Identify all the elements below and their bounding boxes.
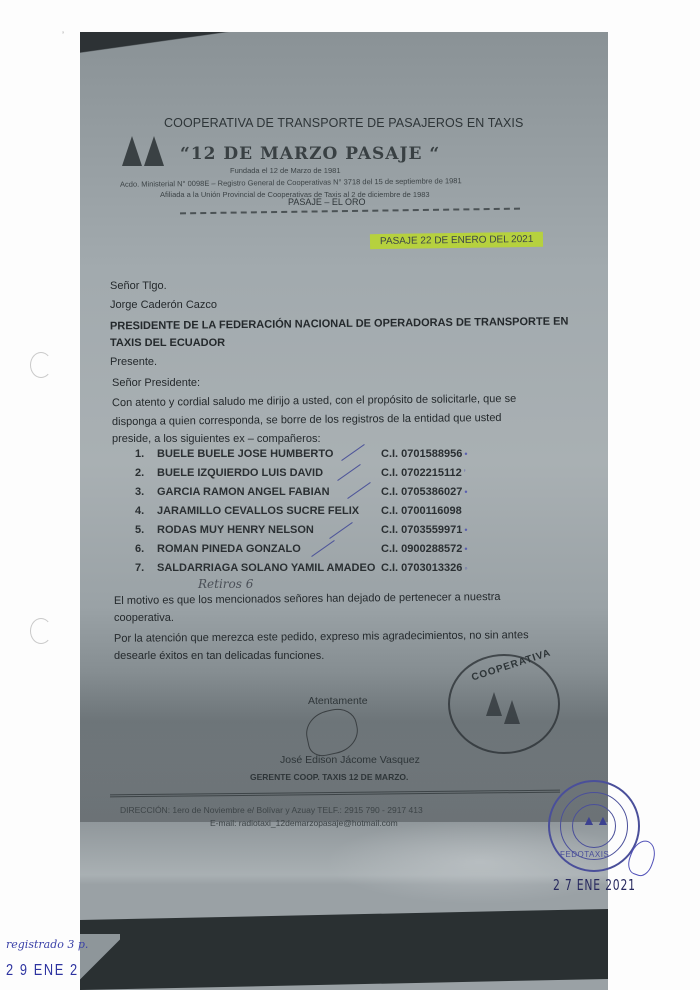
body-intro-line2: disponga a quien corresponda, se borre d… (112, 409, 502, 432)
member-row: 6. ROMAN PINEDA GONZALO C.I. 0900288572 … (135, 543, 565, 562)
letter: COOPERATIVA DE TRANSPORTE DE PASAJEROS E… (80, 32, 608, 990)
member-number: 3. (135, 486, 157, 498)
seal-logo-icon (504, 700, 520, 724)
member-row: 1. BUELE BUELE JOSE HUMBERTO C.I. 070158… (135, 448, 565, 467)
recipient-name: Jorge Caderón Cazco (110, 296, 217, 315)
recipient-presente: Presente. (110, 353, 157, 372)
body-thanks-line1: Por la atención que merezca este pedido,… (114, 626, 529, 649)
body-intro-line3: preside, a los siguientes ex – compañero… (112, 430, 321, 449)
letterhead-organization: COOPERATIVA DE TRANSPORTE DE PASAJEROS E… (164, 116, 574, 130)
footer-address: DIRECCIÓN: 1ero de Noviembre e/ Bolívar … (120, 805, 423, 815)
ink-tick-icon: • (464, 449, 467, 459)
greeting: Señor Presidente: (112, 374, 200, 393)
member-row: 5. RODAS MUY HENRY NELSON C.I. 070355997… (135, 524, 565, 543)
letterhead-founded: Fundada el 12 de Marzo de 1981 (230, 166, 341, 175)
letterhead-divider (180, 208, 520, 215)
member-ci: C.I. 0900288572 (381, 543, 462, 555)
member-ci: C.I. 0703559971 (381, 524, 462, 536)
member-name: ROMAN PINEDA GONZALO (157, 543, 381, 555)
ink-tick-icon: • (464, 525, 467, 535)
arrow-up-icon: ▲ (596, 812, 610, 828)
member-name: BUELE BUELE JOSE HUMBERTO (157, 448, 381, 460)
punch-hole-bottom (30, 618, 52, 644)
stamp-label: FEDOTAXIS (560, 850, 609, 859)
member-name: SALDARRIAGA SOLANO YAMIL AMADEO (157, 562, 381, 574)
letterhead-registry: Acdo. Ministerial N° 0098E – Registro Ge… (120, 176, 462, 189)
punch-hole-top (30, 352, 52, 378)
ink-tick-icon: ◦ (464, 563, 467, 573)
member-number: 4. (135, 505, 157, 517)
member-number: 6. (135, 543, 157, 555)
member-number: 5. (135, 524, 157, 536)
ink-tick-icon: • (464, 544, 467, 554)
member-list: 1. BUELE BUELE JOSE HUMBERTO C.I. 070158… (135, 448, 565, 581)
margin-date-stamp: 2 9 ENE 2 (6, 962, 79, 980)
body-reason-line1: El motivo es que los mencionados señores… (114, 588, 501, 611)
seal-logo-icon (486, 692, 502, 716)
member-number: 1. (135, 448, 157, 460)
recipient-title: Señor Tlgo. (110, 277, 167, 296)
member-name: JARAMILLO CEVALLOS SUCRE FELIX (157, 505, 381, 517)
member-ci: C.I. 0705386027 (381, 486, 462, 498)
signer-name: José Edison Jácome Vasquez (280, 754, 420, 766)
member-ci: C.I. 0700116098 (381, 505, 462, 517)
cooperative-logo-icon (122, 136, 164, 166)
body-thanks-line2: desearle éxitos en tan delicadas funcion… (114, 647, 324, 666)
member-ci: C.I. 0703013326 (381, 562, 462, 574)
body-reason-line2: cooperativa. (114, 609, 174, 628)
ink-tick-icon: • (464, 487, 467, 497)
seal-text: COOPERATIVA (470, 647, 552, 683)
date-line: PASAJE 22 DE ENERO DEL 2021 (370, 232, 544, 249)
closing: Atentamente (308, 695, 368, 707)
handwritten-signature (302, 705, 362, 759)
arrow-up-icon: ▲ (582, 812, 596, 828)
member-number: 2. (135, 467, 157, 479)
member-name: GARCIA RAMON ANGEL FABIAN (157, 486, 381, 498)
footer-email: E-mail: radiotaxi_12demarzopasaje@hotmai… (210, 818, 398, 828)
recipient-position-line2: TAXIS DEL ECUADOR (110, 334, 225, 353)
signer-title: GERENTE COOP. TAXIS 12 DE MARZO. (250, 772, 408, 782)
footer-divider (110, 790, 560, 798)
handwritten-note: Retiros 6 (198, 577, 253, 591)
recipient-position-line1: PRESIDENTE DE LA FEDERACIÓN NACIONAL DE … (110, 313, 569, 337)
member-ci: C.I. 0702215112 (381, 467, 462, 479)
received-date: 2 7 ENE 2021 (553, 876, 636, 894)
ink-tick-icon: ’ (464, 468, 466, 478)
member-ci: C.I. 0701588956 (381, 448, 462, 460)
member-number: 7. (135, 562, 157, 574)
letterhead-location: PASAJE – EL ORO (288, 197, 366, 207)
margin-note: registrado 3 p. (6, 938, 88, 951)
scan-corner-mark: ’ (62, 30, 64, 40)
cooperative-seal-stamp: COOPERATIVA (448, 654, 560, 754)
member-row: 4. JARAMILLO CEVALLOS SUCRE FELIX C.I. 0… (135, 505, 565, 524)
letterhead-name: “12 DE MARZO PASAJE “ (180, 144, 480, 164)
